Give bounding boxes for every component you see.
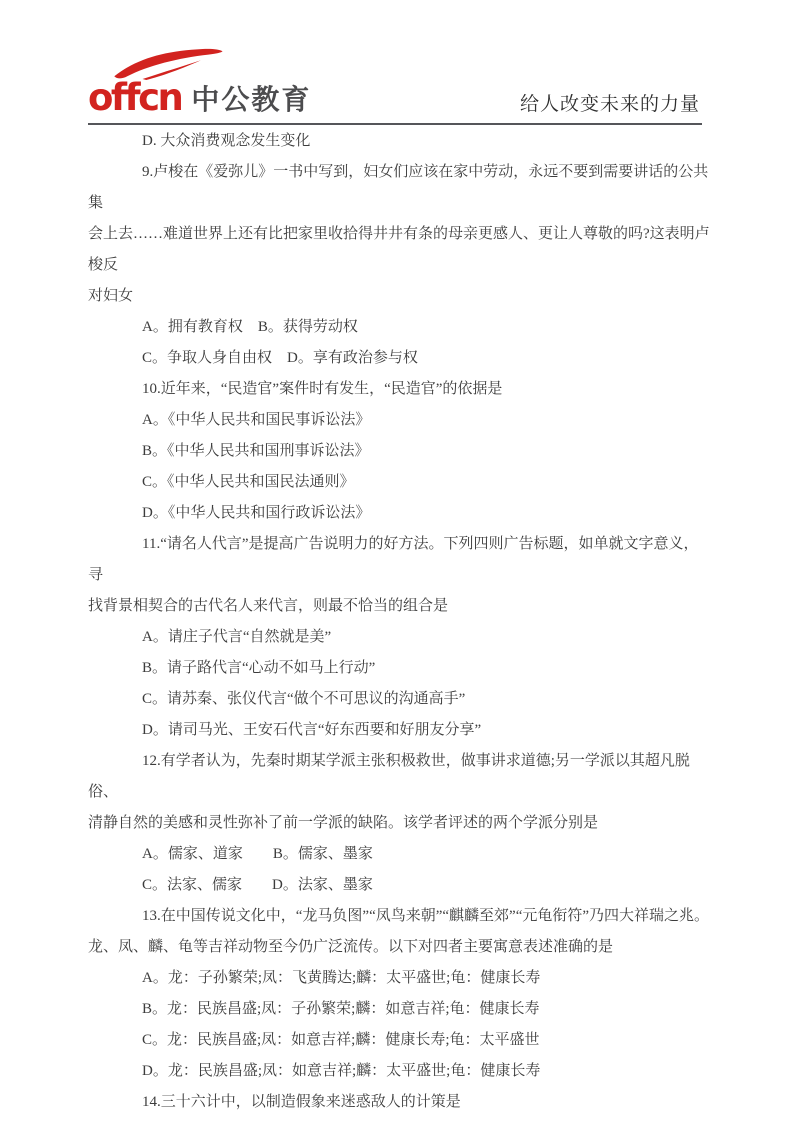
document-line: 龙、凤、麟、龟等吉祥动物至今仍广泛流传。以下对四者主要寓意表述准确的是 — [88, 932, 710, 963]
document-line: 12.有学者认为，先秦时期某学派主张积极救世，做事讲求道德;另一学派以其超凡脱俗… — [88, 746, 710, 808]
document-line: 11.“请名人代言”是提高广告说明力的好方法。下列四则广告标题，如单就文字意义，… — [88, 529, 710, 591]
document-line: A。《中华人民共和国民事诉讼法》 — [88, 405, 710, 436]
offcn-logo: offcn 中公教育 — [88, 54, 311, 114]
document-line: C。争取人身自由权 D。享有政治参与权 — [88, 343, 710, 374]
document-line: B。《中华人民共和国刑事诉讼法》 — [88, 436, 710, 467]
document-line: 清静自然的美感和灵性弥补了前一学派的缺陷。该学者评述的两个学派分别是 — [88, 808, 710, 839]
document-line: B。请子路代言“心动不如马上行动” — [88, 653, 710, 684]
document-line: 9.卢梭在《爱弥儿》一书中写到，妇女们应该在家中劳动，永远不要到需要讲话的公共集 — [88, 157, 710, 219]
document-line: C。龙：民族昌盛;凤：如意吉祥;麟：健康长寿;龟：太平盛世 — [88, 1025, 710, 1056]
document-line: A。龙：子孙繁荣;凤：飞黄腾达;麟：太平盛世;龟：健康长寿 — [88, 963, 710, 994]
document-line: D。龙：民族昌盛;凤：如意吉祥;麟：太平盛世;龟：健康长寿 — [88, 1056, 710, 1087]
document-line: 14.三十六计中，以制造假象来迷惑敌人的计策是 — [88, 1087, 710, 1118]
document-line: C。请苏秦、张仪代言“做个不可思议的沟通高手” — [88, 684, 710, 715]
page-header: offcn 中公教育 给人改变未来的力量 — [88, 54, 700, 118]
document-line: 10.近年来，“民造官”案件时有发生，“民造官”的依据是 — [88, 374, 710, 405]
document-line: 会上去……难道世界上还有比把家里收拾得井井有条的母亲更感人、更让人尊敬的吗?这表… — [88, 219, 710, 281]
document-line: 13.在中国传说文化中，“龙马负图”“凤鸟来朝”“麒麟至郊”“元龟衔符”乃四大祥… — [88, 901, 710, 932]
document-line: 找背景相契合的古代名人来代言，则最不恰当的组合是 — [88, 591, 710, 622]
document-line: D。《中华人民共和国行政诉讼法》 — [88, 498, 710, 529]
document-line: A。儒家、道家 B。儒家、墨家 — [88, 839, 710, 870]
logo-cn-text: 中公教育 — [191, 86, 311, 114]
document-page: offcn 中公教育 给人改变未来的力量 D. 大众消费观念发生变化9.卢梭在《… — [0, 0, 793, 1122]
document-line: 对妇女 — [88, 281, 710, 312]
document-line: A。请庄子代言“自然就是美” — [88, 622, 710, 653]
document-line: D。请司马光、王安石代言“好东西要和好朋友分享” — [88, 715, 710, 746]
document-line: C。《中华人民共和国民法通则》 — [88, 467, 710, 498]
document-line: C。法家、儒家 D。法家、墨家 — [88, 870, 710, 901]
document-line: D. 大众消费观念发生变化 — [88, 126, 710, 157]
document-line: A。拥有教育权 B。获得劳动权 — [88, 312, 710, 343]
logo-latin-text: offcn — [88, 79, 181, 116]
header-tagline: 给人改变未来的力量 — [520, 89, 700, 116]
document-line: B。龙：民族昌盛;凤：子孙繁荣;麟：如意吉祥;龟：健康长寿 — [88, 994, 710, 1025]
header-divider — [88, 123, 702, 125]
question-list: D. 大众消费观念发生变化9.卢梭在《爱弥儿》一书中写到，妇女们应该在家中劳动，… — [88, 126, 710, 1118]
